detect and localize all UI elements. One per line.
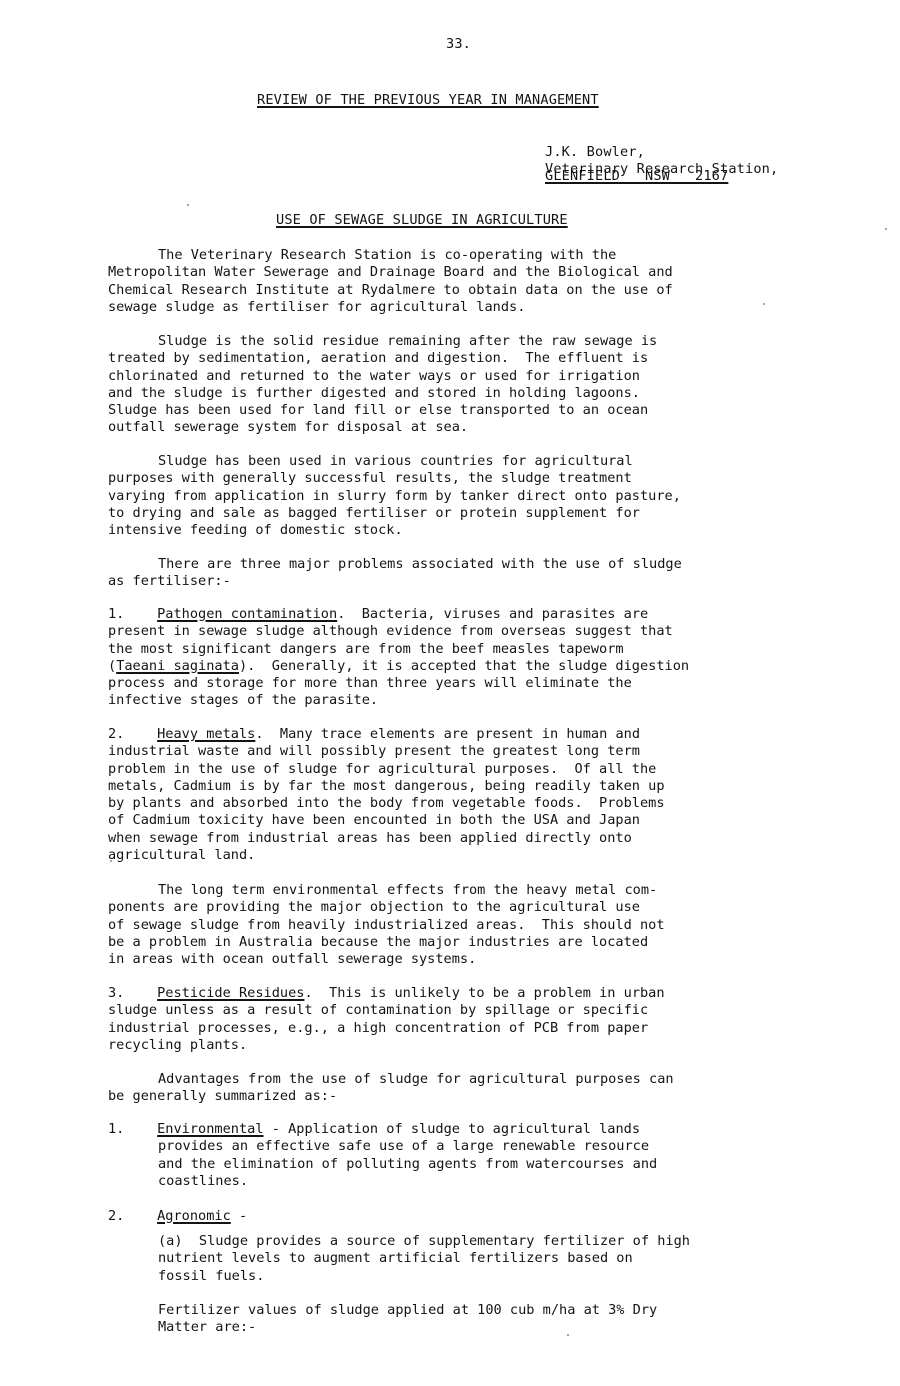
text-line: intensive feeding of domestic stock. [108,522,828,539]
scan-speck [110,860,112,862]
species-name: Taeani saginata [116,658,239,674]
text-line: agricultural land. [108,847,828,864]
text-line: recycling plants. [108,1037,828,1054]
text-line: sludge unless as a result of contaminati… [108,1002,828,1019]
text-line: fossil fuels. [108,1268,828,1285]
text-line: industrial waste and will possibly prese… [108,743,828,760]
text-line: process and storage for more than three … [108,675,828,692]
list-number: 2. [108,1208,124,1224]
text-line: varying from application in slurry form … [108,488,828,505]
list-number: 1. [108,606,124,622]
document-page: 33. REVIEW OF THE PREVIOUS YEAR IN MANAG… [0,0,900,1386]
text-line: be generally summarized as:- [108,1088,828,1105]
text-line: nutrient levels to augment artificial fe… [108,1250,828,1267]
text-line: and the elimination of polluting agents … [108,1156,828,1173]
advantage-environmental: 1. Environmental - Application of sludge… [108,1121,828,1190]
text-line: chlorinated and returned to the water wa… [108,368,828,385]
text-line: coastlines. [108,1173,828,1190]
scan-speck [885,228,887,230]
text-line: the most significant dangers are from th… [108,641,828,658]
text-line: ). Generally, it is accepted that the sl… [239,658,689,674]
list-number: 3. [108,985,124,1001]
fertilizer-values-intro: Fertilizer values of sludge applied at 1… [108,1302,828,1337]
paragraph-international-use: Sludge has been used in various countrie… [108,453,828,539]
text-line: problem in the use of sludge for agricul… [108,761,828,778]
text-line: (a) Sludge provides a source of suppleme… [108,1233,828,1250]
list-number: 2. [108,726,124,742]
text-line: metals, Cadmium is by far the most dange… [108,778,828,795]
text-line: The Veterinary Research Station is co-op… [108,247,828,264]
page-number: 33. [446,36,471,53]
text-line: Metropolitan Water Sewerage and Drainage… [108,264,828,281]
article-title: USE OF SEWAGE SLUDGE IN AGRICULTURE [276,212,568,229]
text-line: Fertilizer values of sludge applied at 1… [108,1302,828,1319]
advantage-agronomic: 2. Agronomic - [108,1208,828,1225]
paragraph-sludge-definition: Sludge is the solid residue remaining af… [108,333,828,437]
text-line: . This is unlikely to be a problem in ur… [304,985,664,1001]
text-line: ponents are providing the major objectio… [108,899,828,916]
text-line: be a problem in Australia because the ma… [108,934,828,951]
text-line: of sewage sludge from heavily industrial… [108,917,828,934]
text-line: as fertiliser:- [108,573,828,590]
text-line: and the sludge is further digested and s… [108,385,828,402]
text-line: when sewage from industrial areas has be… [108,830,828,847]
text-line: Sludge has been used for land fill or el… [108,402,828,419]
text-line: . Many trace elements are present in hum… [255,726,640,742]
agronomic-point-a: (a) Sludge provides a source of suppleme… [108,1233,828,1285]
text-line: by plants and absorbed into the body fro… [108,795,828,812]
text-line: The long term environmental effects from… [108,882,828,899]
text-line: Matter are:- [108,1319,828,1336]
paragraph-intro: The Veterinary Research Station is co-op… [108,247,828,316]
problem-pathogen: 1. Pathogen contamination. Bacteria, vir… [108,606,828,710]
text-line: in areas with ocean outfall sewerage sys… [108,951,828,968]
advantage-heading: Environmental [157,1121,263,1137]
paragraph-problems-intro: There are three major problems associate… [108,556,828,591]
text-line: - Application of sludge to agricultural … [264,1121,640,1137]
text-line: present in sewage sludge although eviden… [108,623,828,640]
text-line: Advantages from the use of sludge for ag… [108,1071,828,1088]
problem-heading: Pathogen contamination [157,606,337,622]
problem-heading: Heavy metals [157,726,255,742]
text-line: outfall sewerage system for disposal at … [108,419,828,436]
list-number: 1. [108,1121,124,1137]
text-line: - [231,1208,247,1224]
author-name: J.K. Bowler, [545,144,645,161]
problem-pesticide-residues: 3. Pesticide Residues. This is unlikely … [108,985,828,1054]
text-line: Chemical Research Institute at Rydalmere… [108,282,828,299]
text-line: of Cadmium toxicity have been encounted … [108,812,828,829]
scan-speck [187,204,189,206]
paragraph-advantages-intro: Advantages from the use of sludge for ag… [108,1071,828,1106]
problem-heading: Pesticide Residues [157,985,304,1001]
text-line: to drying and sale as bagged fertiliser … [108,505,828,522]
scan-speck [763,303,765,305]
scan-speck [567,1334,569,1336]
problem-heavy-metals: 2. Heavy metals. Many trace elements are… [108,726,828,864]
text-line: Sludge is the solid residue remaining af… [108,333,828,350]
advantage-heading: Agronomic [157,1208,231,1224]
report-title: REVIEW OF THE PREVIOUS YEAR IN MANAGEMEN… [257,92,599,109]
paragraph-heavy-metal-effects: The long term environmental effects from… [108,882,828,968]
text-line: Sludge has been used in various countrie… [108,453,828,470]
text-line: infective stages of the parasite. [108,692,828,709]
text-line: . Bacteria, viruses and parasites are [337,606,648,622]
text-line: purposes with generally successful resul… [108,470,828,487]
text-line: sewage sludge as fertiliser for agricult… [108,299,828,316]
author-location: GLENFIELD NSW 2167 [545,168,728,185]
text-line: provides an effective safe use of a larg… [108,1138,828,1155]
text-line: There are three major problems associate… [108,556,828,573]
text-line: industrial processes, e.g., a high conce… [108,1020,828,1037]
text-line: treated by sedimentation, aeration and d… [108,350,828,367]
